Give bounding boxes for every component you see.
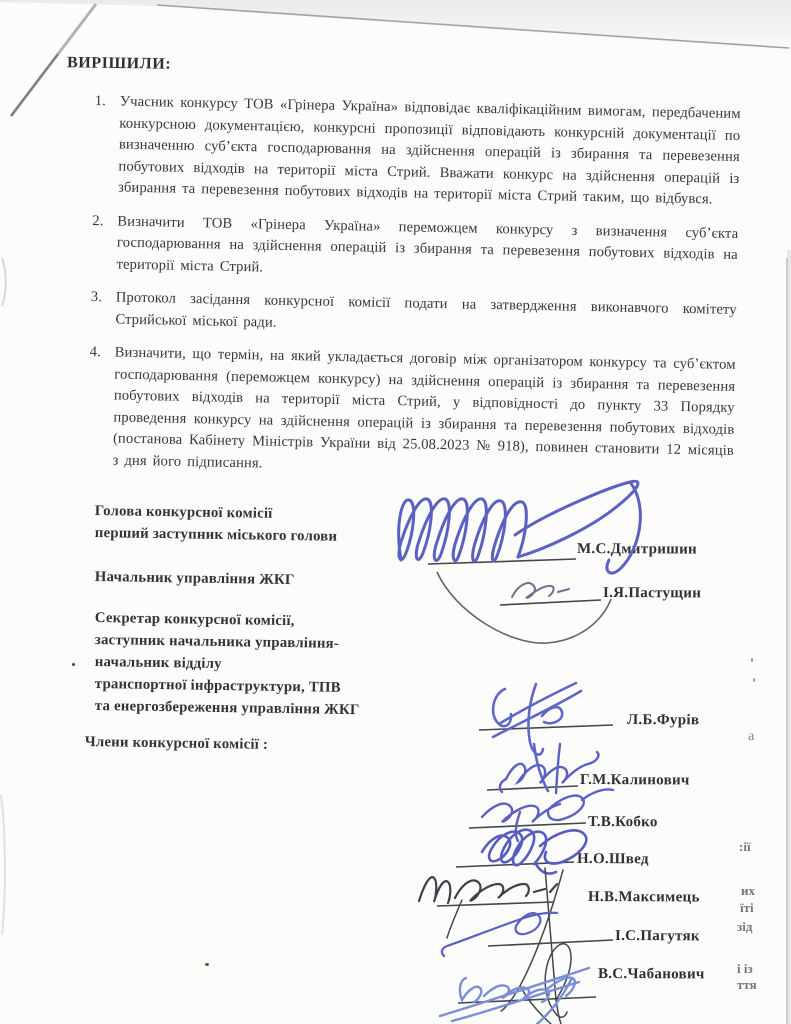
- ink-speck: [751, 658, 753, 662]
- signatory-name-maksymets: Н.В.Максимець: [588, 889, 700, 906]
- bleed-fragment: а: [748, 729, 754, 745]
- signature-underline: [479, 725, 613, 730]
- signatory-name-shved: Н.О.Швед: [577, 851, 649, 868]
- role-secretary-line1: Секретар конкурсної комісії,: [95, 610, 295, 630]
- scanned-document-page: ВИРІШИЛИ: 1. Учасник конкурсу ТОВ «Гріне…: [0, 0, 791, 1024]
- scan-top-edge-shadow: [0, 0, 791, 52]
- ink-speck: [753, 678, 755, 682]
- resolution-item-3: 3. Протокол засідання конкурсної комісії…: [88, 287, 737, 343]
- signature-shved: [482, 830, 586, 874]
- signature-maksymets-loop: [447, 868, 571, 1024]
- bleed-fragment: :ії: [739, 839, 751, 855]
- item-number: 2.: [92, 211, 104, 233]
- item-text: Визначити ТОВ «Грінера Україна» переможц…: [116, 213, 738, 275]
- role-secretary-line4: транспортної інфраструктури, ТПВ: [95, 676, 341, 697]
- bleed-fragment: зід: [737, 919, 752, 935]
- ink-speck: [205, 963, 209, 966]
- role-secretary-line3: начальник відділу: [95, 654, 222, 673]
- signature-underline: [456, 862, 574, 867]
- item-number: 1.: [95, 91, 107, 113]
- bleed-fragment: і із: [737, 961, 753, 977]
- signature-furiv: [493, 683, 581, 791]
- scan-corner-crease-dark: [11, 54, 58, 116]
- resolution-item-1: 1. Учасник конкурсу ТОВ «Грінера Україна…: [91, 91, 741, 211]
- signature-dmytryshyn: [399, 481, 641, 573]
- bleed-fragment: их: [741, 883, 755, 899]
- signature-underline: [487, 786, 578, 790]
- signature-pastushchyn: [512, 583, 569, 598]
- scan-right-edge-shadow: [787, 250, 791, 1024]
- role-zhkg-head: Начальник управління ЖКГ: [95, 569, 295, 589]
- item-number: 4.: [90, 342, 102, 364]
- bleed-fragment: ття: [737, 977, 757, 993]
- signature-underline: [469, 823, 586, 828]
- stray-dot-artifact: [72, 663, 75, 666]
- signature-chabanovych: [440, 968, 589, 1024]
- signatory-name-chabanovych: В.С.Чабанович: [598, 966, 705, 983]
- signatory-name-pastushchyn: І.Я.Пастущин: [603, 585, 701, 602]
- signature-pahutiak: [442, 913, 557, 956]
- signatory-name-furiv: Л.Б.Фурів: [627, 712, 699, 729]
- item-text: Визначити, що термін, на який укладаєтьс…: [112, 344, 735, 470]
- signatory-name-dmytryshyn: М.С.Дмитришин: [577, 541, 697, 559]
- signature-underline: [428, 559, 576, 564]
- role-chair-line1: Голова конкурсної комісії: [95, 503, 273, 523]
- signature-dmytryshyn-tail: [437, 572, 611, 643]
- resolution-item-4: 4. Визначити, що термін, на який укладає…: [85, 342, 735, 484]
- signatory-name-kobko: Т.В.Кобко: [588, 814, 658, 831]
- signature-underline: [500, 600, 601, 605]
- resolution-item-2: 2. Визначити ТОВ «Грінера Україна» перем…: [89, 210, 738, 287]
- role-secretary-line2: заступник начальника управління-: [95, 632, 339, 653]
- signature-maksymets: [419, 877, 557, 903]
- item-text: Протокол засідання конкурсної комісії по…: [115, 290, 737, 331]
- item-number: 3.: [91, 287, 103, 309]
- resolution-heading: ВИРІШИЛИ:: [67, 54, 171, 73]
- role-secretary-line5: та енергозбереження управління ЖКГ: [95, 698, 360, 719]
- item-text: Учасник конкурсу ТОВ «Грінера Україна» в…: [118, 94, 741, 208]
- scan-left-mark: [2, 258, 6, 306]
- bleed-fragment: їті: [740, 900, 754, 916]
- signature-underline: [488, 940, 613, 946]
- role-members-label: Члени конкурсної комісії :: [85, 734, 268, 754]
- signature-underline: [437, 902, 553, 906]
- scan-left-mark: [1, 795, 5, 935]
- signatory-name-pahutiak: І.С.Пагутяк: [615, 928, 700, 945]
- signature-underline: [458, 997, 596, 1003]
- resolution-list: 1. Учасник конкурсу ТОВ «Грінера Україна…: [85, 91, 741, 496]
- role-chair-line2: перший заступник міського голови: [95, 525, 338, 546]
- signatory-name-kalynovych: Г.М.Калинович: [580, 772, 690, 789]
